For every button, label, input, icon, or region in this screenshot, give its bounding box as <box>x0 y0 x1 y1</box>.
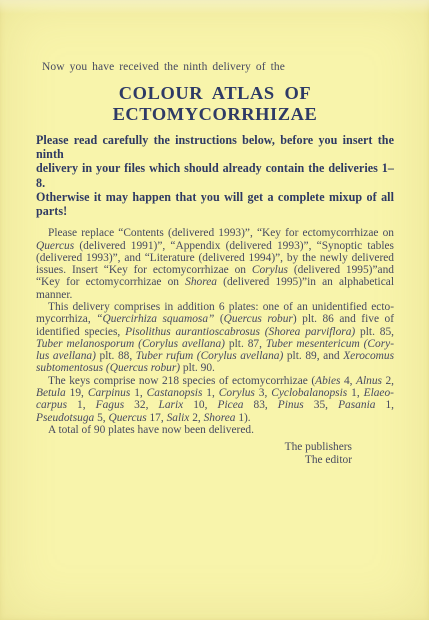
text-line: (delivered 1993)”, and “Literature (deli… <box>36 252 394 264</box>
paragraph-replace-instructions: Please replace “Contents (delivered 1993… <box>36 227 394 301</box>
text-line: delivery in your files which should alre… <box>36 161 394 189</box>
signoff-editor: The editor <box>36 454 352 467</box>
text-line: Otherwise it may happen that you will ge… <box>36 190 394 218</box>
text-line: Tuber melanosporum (Corylus avellana) pl… <box>36 338 394 350</box>
text-line: mycorrhiza, “Quercirhiza squamosa” (Quer… <box>36 313 394 325</box>
text-line: A total of 90 plates have now been deliv… <box>36 424 394 436</box>
text-line: carpus 1, Fagus 32, Larix 10, Picea 83, … <box>36 399 394 411</box>
text-line: Quercus (delivered 1991)”, “Appendix (de… <box>36 240 394 252</box>
text-line: The keys comprise now 218 species of ect… <box>36 375 394 387</box>
text-line: Pseudotsuga 5, Quercus 17, Salix 2, Shor… <box>36 412 394 424</box>
paragraph-keys-species: The keys comprise now 218 species of ect… <box>36 375 394 424</box>
document-page: Now you have received the ninth delivery… <box>0 0 429 620</box>
text-line: “Key for ectomycorrhizae on Shorea (deli… <box>36 276 394 288</box>
text-line: Please read carefully the instructions b… <box>36 133 394 161</box>
text-line: lus avellana) plt. 88, Tuber rufum (Cory… <box>36 350 394 362</box>
signoff-block: The publishers The editor <box>36 441 394 467</box>
paragraph-delivery-contents: This delivery comprises in addition 6 pl… <box>36 301 394 375</box>
text-line: This delivery comprises in addition 6 pl… <box>36 301 394 313</box>
body-text: Please replace “Contents (delivered 1993… <box>36 227 394 436</box>
text-line: subtomentosus (Quercus robur) plt. 90. <box>36 362 394 374</box>
page-title: COLOUR ATLAS OF ECTOMYCORRHIZAE <box>36 83 394 125</box>
notice-paragraph: Please read carefully the instructions b… <box>36 133 394 218</box>
paragraph-total-plates: A total of 90 plates have now been deliv… <box>36 424 394 436</box>
text-line: identified species, Pisolithus aurantios… <box>36 326 394 338</box>
text-line: Please replace “Contents (delivered 1993… <box>36 227 394 239</box>
text-block: Now you have received the ninth delivery… <box>36 0 394 467</box>
signoff-publishers: The publishers <box>36 441 352 454</box>
intro-line: Now you have received the ninth delivery… <box>36 61 394 74</box>
text-line: Betula 19, Carpinus 1, Castanopsis 1, Co… <box>36 387 394 399</box>
text-line: issues. Insert “Key for ectomycorrhizae … <box>36 264 394 276</box>
text-line: manner. <box>36 289 394 301</box>
